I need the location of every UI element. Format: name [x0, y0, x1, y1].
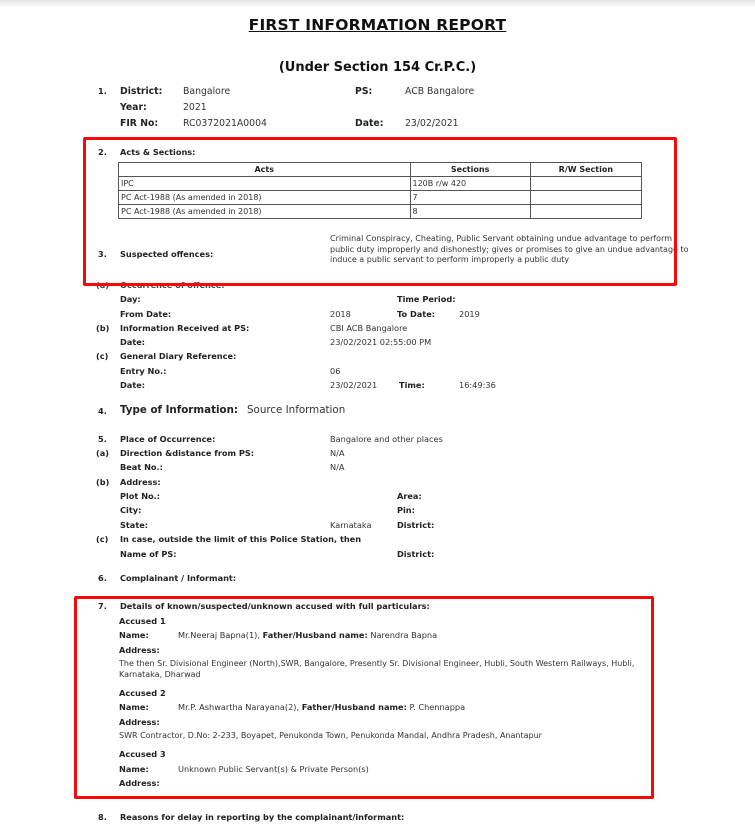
plot-label: Plot No.: — [120, 491, 160, 501]
year-value: 2021 — [183, 102, 207, 113]
top-shadow — [0, 0, 755, 8]
day-label: Day: — [120, 294, 141, 304]
outside-district-label: District: — [397, 549, 434, 559]
to-date-value: 2019 — [459, 309, 480, 319]
fir-label: FIR No: — [120, 118, 158, 129]
type-of-information-label: Type of Information: — [120, 404, 238, 416]
outside-limit-label: In case, outside the limit of this Polic… — [120, 534, 361, 544]
sub-c: (c) — [96, 534, 108, 544]
entry-no-label: Entry No.: — [120, 366, 166, 376]
direction-label: Direction &distance from PS: — [120, 448, 254, 458]
to-date-label: To Date: — [397, 309, 435, 319]
fir-value: RC0372021A0004 — [183, 118, 267, 129]
time-label: Time: — [399, 380, 425, 390]
section-number: 4. — [98, 406, 107, 416]
info-date-value: 23/02/2021 02:55:00 PM — [330, 337, 431, 347]
beat-label: Beat No.: — [120, 462, 163, 472]
info-received-label: Information Received at PS: — [120, 323, 249, 333]
time-value: 16:49:36 — [459, 380, 496, 390]
beat-value: N/A — [330, 462, 344, 472]
place-of-occurrence-value: Bangalore and other places — [330, 434, 443, 444]
sub-b: (b) — [96, 477, 109, 487]
delay-reasons-label: Reasons for delay in reporting by the co… — [120, 812, 404, 822]
section-number: 1. — [98, 86, 107, 96]
document-subtitle: (Under Section 154 Cr.P.C.) — [0, 60, 755, 75]
section-number: 8. — [98, 812, 107, 822]
info-received-value: CBI ACB Bangalore — [330, 323, 407, 333]
document-title: FIRST INFORMATION REPORT — [0, 16, 755, 34]
area-label: Area: — [397, 491, 422, 501]
state-value: Karnataka — [330, 520, 372, 530]
type-of-information-value: Source Information — [247, 404, 345, 416]
sub-a: (a) — [96, 448, 109, 458]
ps-name-label: Name of PS: — [120, 549, 177, 559]
direction-value: N/A — [330, 448, 344, 458]
year-label: Year: — [120, 102, 147, 113]
pin-label: Pin: — [397, 505, 415, 515]
from-date-label: From Date: — [120, 309, 171, 319]
sub-b: (b) — [96, 323, 109, 333]
ps-label: PS: — [355, 86, 372, 97]
diary-date-label: Date: — [120, 380, 145, 390]
state-label: State: — [120, 520, 148, 530]
date-label: Date: — [355, 118, 383, 129]
highlight-box-acts-offences — [83, 137, 677, 286]
sub-c: (c) — [96, 351, 108, 361]
diary-date-value: 23/02/2021 — [330, 380, 377, 390]
district-value: Bangalore — [183, 86, 230, 97]
address-label: Address: — [120, 477, 161, 487]
complainant-label: Complainant / Informant: — [120, 573, 236, 583]
highlight-box-accused — [74, 596, 654, 799]
section-number: 5. — [98, 434, 107, 444]
district-label: District: — [397, 520, 434, 530]
general-diary-label: General Diary Reference: — [120, 351, 236, 361]
entry-no-value: 06 — [330, 366, 340, 376]
ps-value: ACB Bangalore — [405, 86, 474, 97]
section-number: 6. — [98, 573, 107, 583]
city-label: City: — [120, 505, 141, 515]
from-date-value: 2018 — [330, 309, 351, 319]
place-of-occurrence-label: Place of Occurrence: — [120, 434, 215, 444]
district-label: District: — [120, 86, 162, 97]
date-value: 23/02/2021 — [405, 118, 459, 129]
time-period-label: Time Period: — [397, 294, 455, 304]
info-date-label: Date: — [120, 337, 145, 347]
